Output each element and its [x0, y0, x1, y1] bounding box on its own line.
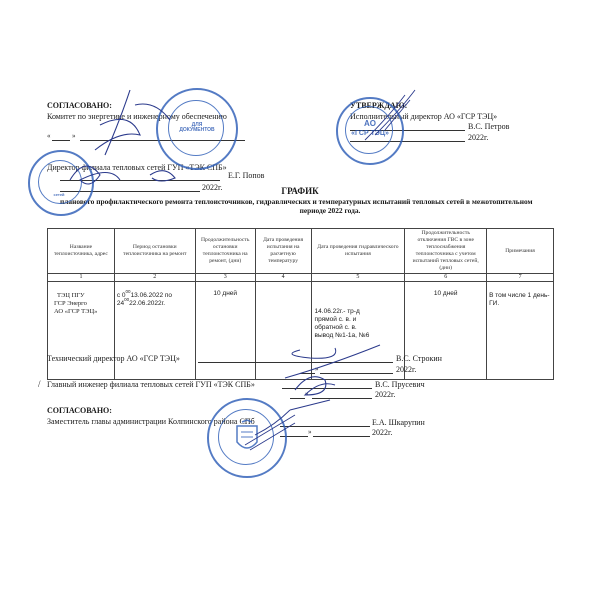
signer-name-popov: Е.Г. Попов	[228, 171, 264, 181]
table-header-row: Название теплоисточника, адрес Период ос…	[48, 229, 554, 274]
hydro-line: 14.06.22г.- тр-д	[315, 308, 403, 316]
column-number: 1	[48, 274, 115, 282]
signer-name-strokin: В.С. Строкин	[396, 354, 442, 364]
tech-director-role: Технический директор АО «ГСР ТЭЦ»	[47, 354, 180, 364]
header-notes: Примечания	[487, 229, 554, 274]
hydro-line: прямой с. в. и	[315, 316, 403, 324]
header-hot-water-outage: Продолжительность отключения ГВС в зоне …	[405, 229, 487, 274]
year-prusevich: 2022г.	[375, 390, 395, 400]
schedule-subtitle-line2: периоде 2022 года.	[0, 206, 600, 215]
hydro-line: вывод №1-1а, №6	[315, 332, 403, 340]
header-shutdown-duration: Продолжительность остановки теплоисточни…	[195, 229, 255, 274]
cell-duration: 10 дней	[195, 282, 255, 380]
year-petrov: 2022г.	[468, 133, 488, 143]
column-number: 7	[487, 274, 554, 282]
hydro-line: обратной с. в.	[315, 324, 403, 332]
date-quote-open: «	[47, 132, 51, 141]
period-end-date: 22.06.2022г.	[129, 300, 165, 307]
header-source-name: Название теплоисточника, адрес	[48, 229, 115, 274]
cell-period: с 00013.06.2022 по 240022.06.2022г.	[114, 282, 195, 380]
column-number: 5	[311, 274, 405, 282]
column-number: 2	[114, 274, 195, 282]
source-name-line: АО «ГСР ТЭЦ»	[54, 308, 112, 316]
signature-petrov	[360, 85, 430, 145]
stamp-center-text: ДЛЯ ДОКУМЕНТОВ	[178, 123, 216, 133]
period-start-date: 13.06.2022 по	[131, 292, 172, 299]
chief-engineer-role: Главный инженер филиала тепловых сетей Г…	[47, 380, 255, 390]
header-temperature-test-date: Дата проведения испытания на расчетную т…	[255, 229, 311, 274]
date-line-shkarupin	[313, 436, 370, 437]
signature-shkarupin	[240, 405, 300, 455]
source-name-line: ГСР Энерго	[54, 300, 112, 308]
year-shkarupin: 2022г.	[372, 428, 392, 438]
signer-name-petrov: В.С. Петров	[468, 122, 509, 132]
signer-name-shkarupin: Е.А. Шкарупин	[372, 418, 425, 428]
table-number-row: 1 2 3 4 5 6 7	[48, 274, 554, 282]
margin-mark: /	[38, 379, 41, 389]
column-number: 4	[255, 274, 311, 282]
source-name-line: ТЭЦ ПГУ	[54, 292, 112, 300]
quote-close: »	[308, 428, 312, 437]
column-number: 6	[405, 274, 487, 282]
cell-gvs-duration: 10 дней	[405, 282, 487, 380]
approval-heading-bottom: СОГЛАСОВАНО:	[47, 406, 112, 416]
cell-note: В том числе 1 день-ГИ.	[487, 282, 554, 380]
header-shutdown-period: Период остановки теплоисточника на ремон…	[114, 229, 195, 274]
cell-source: ТЭЦ ПГУ ГСР Энерго АО «ГСР ТЭЦ»	[48, 282, 115, 380]
header-hydraulic-test-date: Дата проведения гидравлического испытани…	[311, 229, 405, 274]
signature-popov	[40, 150, 200, 200]
year-strokin: 2022г.	[396, 365, 416, 375]
column-number: 3	[195, 274, 255, 282]
